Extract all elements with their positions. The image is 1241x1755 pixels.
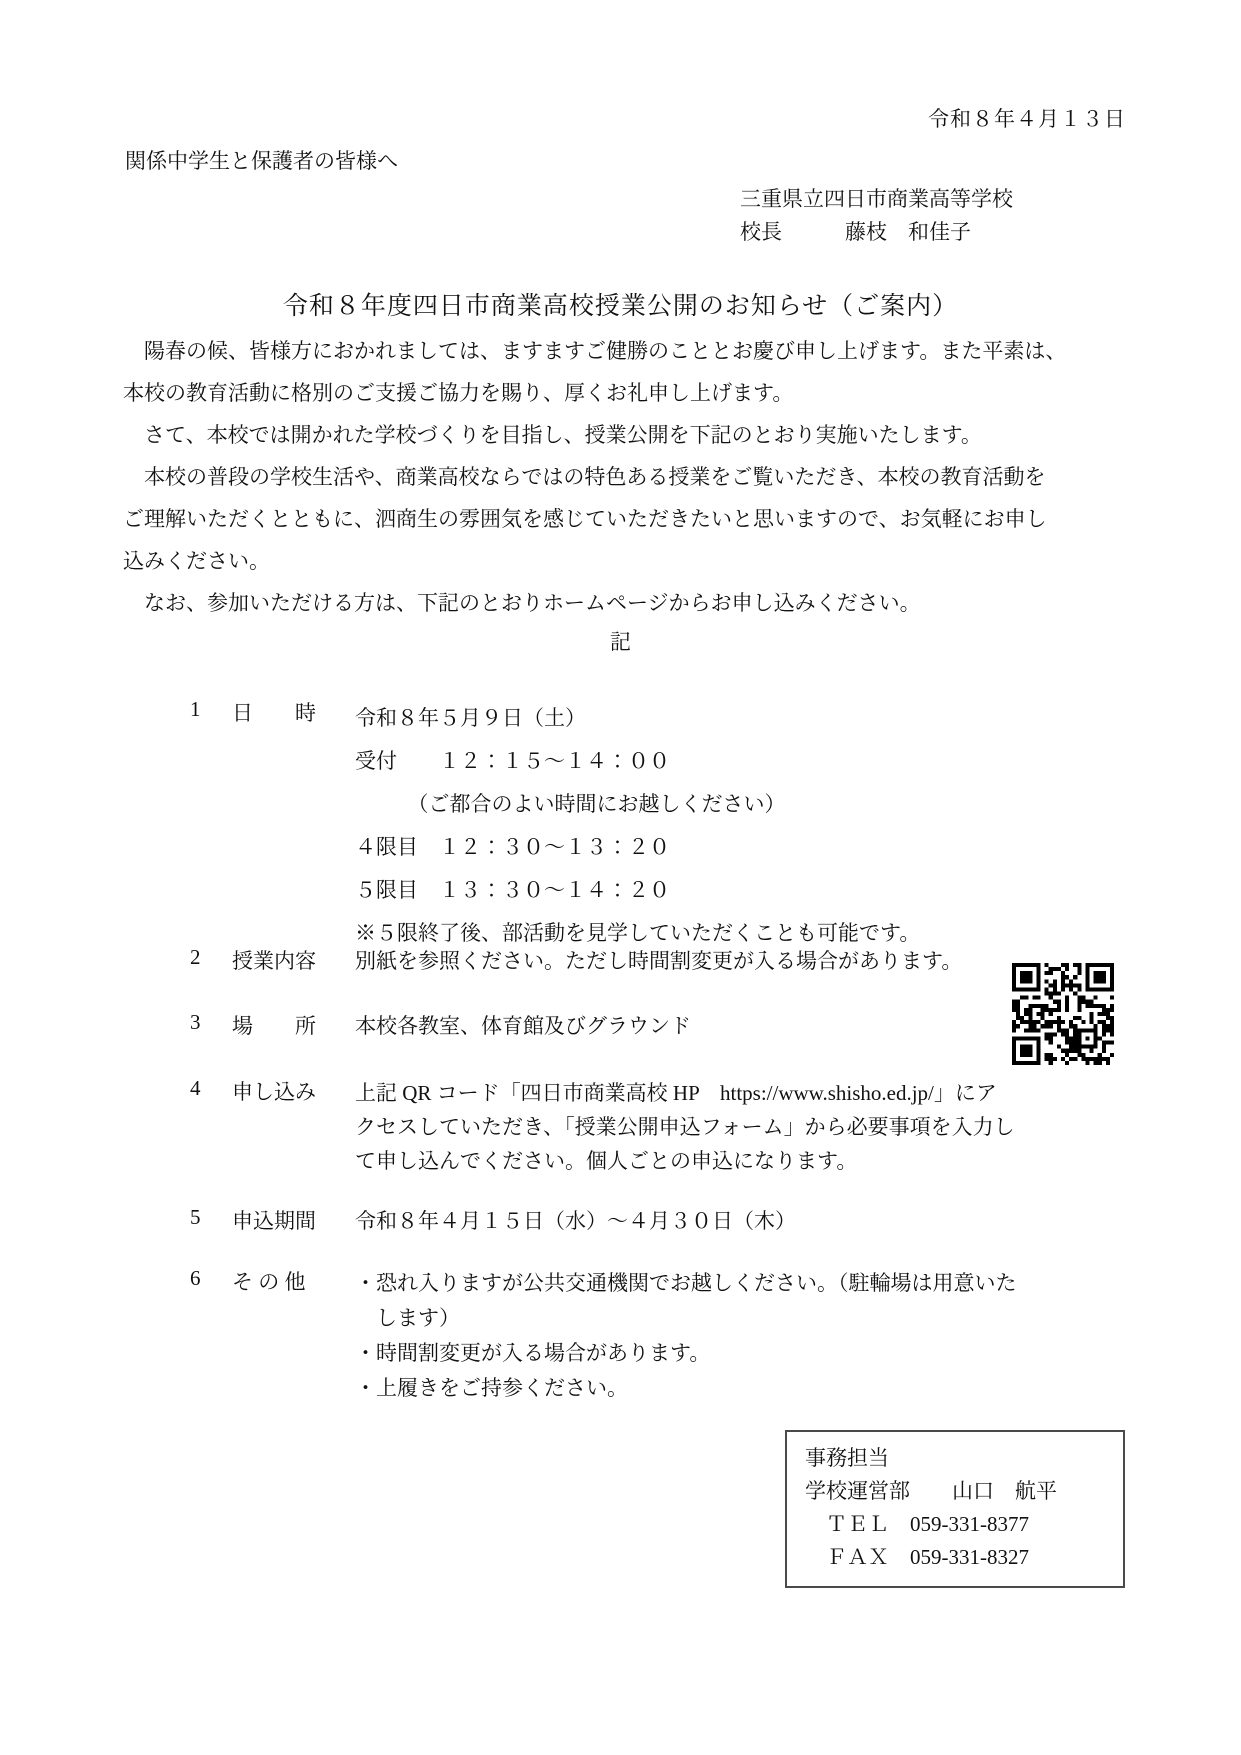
list-item-other: 6 そ の 他 ・恐れ入りますが公共交通機関でお越しください。（駐輪場は用意いた… — [190, 1266, 1145, 1406]
tel-number: 059-331-8377 — [910, 1512, 1029, 1536]
item-number: 6 — [190, 1266, 232, 1291]
fax-number: 059-331-8327 — [910, 1545, 1029, 1569]
body-line: ご理解いただくとともに、泗商生の雰囲気を感じていただきたいと思いますので、お気軽… — [123, 498, 1131, 540]
contact-tel: ＴＥＬ 059-331-8377 — [805, 1508, 1123, 1541]
content-line: ・時間割変更が入る場合があります。 — [355, 1336, 1145, 1371]
body-line: 込みください。 — [123, 540, 1131, 582]
fax-label: ＦＡＸ — [826, 1545, 889, 1569]
list-item-lesson-content: 2 授業内容 別紙を参照ください。ただし時間割変更が入る場合があります。 — [190, 945, 1145, 975]
contact-department: 学校運営部 山口 航平 — [805, 1475, 1123, 1508]
item-label: 申込期間 — [232, 1205, 355, 1235]
content-line: 上記 QR コード「四日市商業高校 HP https://www.shisho.… — [355, 1076, 1145, 1110]
document-page: 令和８年４月１３日 関係中学生と保護者の皆様へ 三重県立四日市商業高等学校 校長… — [0, 0, 1241, 1755]
body-line: 本校の教育活動に格別のご支援ご協力を賜り、厚くお礼申し上げます。 — [123, 372, 1131, 414]
content-line: ５限目 １３：３０～１４：２０ — [355, 869, 1145, 912]
item-number: 3 — [190, 1010, 232, 1035]
sender-school: 三重県立四日市商業高等学校 — [740, 183, 1013, 216]
content-line: ・上履きをご持参ください。 — [355, 1371, 1145, 1406]
item-number: 5 — [190, 1205, 232, 1230]
body-line: さて、本校では開かれた学校づくりを目指し、授業公開を下記のとおり実施いたします。 — [123, 414, 1131, 456]
sender-principal: 校長 藤枝 和佳子 — [740, 216, 1013, 249]
content-line: します） — [355, 1301, 1145, 1336]
item-label: 場 所 — [232, 1010, 355, 1040]
content-line: ・恐れ入りますが公共交通機関でお越しください。（駐輪場は用意いた — [355, 1266, 1145, 1301]
item-label: そ の 他 — [232, 1266, 355, 1296]
qr-code-svg — [1012, 963, 1114, 1065]
item-label: 授業内容 — [232, 945, 355, 975]
body-line: 本校の普段の学校生活や、商業高校ならではの特色ある授業をご覧いただき、本校の教育… — [123, 456, 1131, 498]
sender-block: 三重県立四日市商業高等学校 校長 藤枝 和佳子 — [740, 183, 1013, 249]
list-item-application: 4 申し込み 上記 QR コード「四日市商業高校 HP https://www.… — [190, 1076, 1145, 1178]
recipient-line: 関係中学生と保護者の皆様へ — [125, 145, 398, 175]
contact-box: 事務担当 学校運営部 山口 航平 ＴＥＬ 059-331-8377 ＦＡＸ 05… — [785, 1430, 1125, 1588]
contact-role: 事務担当 — [805, 1442, 1123, 1475]
body-line: 陽春の候、皆様方におかれましては、ますますご健勝のこととお慶び申し上げます。また… — [123, 330, 1131, 372]
content-line: （ご都合のよい時間にお越しください） — [355, 783, 1145, 826]
item-label: 申し込み — [232, 1076, 355, 1106]
item-content: ・恐れ入りますが公共交通機関でお越しください。（駐輪場は用意いた します） ・時… — [355, 1266, 1145, 1406]
item-number: 4 — [190, 1076, 232, 1101]
list-item-datetime: 1 日 時 令和８年５月９日（土） 受付 １２：１５～１４：００ （ご都合のよい… — [190, 697, 1145, 955]
page-title: 令和８年度四日市商業高校授業公開のお知らせ（ご案内） — [0, 286, 1241, 322]
content-line: 令和８年５月９日（土） — [355, 697, 1145, 740]
content-line: ４限目 １２：３０～１３：２０ — [355, 826, 1145, 869]
list-item-place: 3 場 所 本校各教室、体育館及びグラウンド — [190, 1010, 1145, 1040]
item-content: 令和８年５月９日（土） 受付 １２：１５～１４：００ （ご都合のよい時間にお越し… — [355, 697, 1145, 955]
content-line: て申し込んでください。個人ごとの申込になります。 — [355, 1144, 1145, 1178]
qr-code-icon — [1012, 963, 1114, 1065]
contact-fax: ＦＡＸ 059-331-8327 — [805, 1541, 1123, 1574]
item-number: 1 — [190, 697, 232, 722]
content-line: クセスしていただき、「授業公開申込フォーム」から必要事項を入力し — [355, 1110, 1145, 1144]
ki-marker: 記 — [0, 626, 1241, 656]
item-number: 2 — [190, 945, 232, 970]
content-line: 令和８年４月１５日（水）～４月３０日（木） — [355, 1205, 1145, 1235]
tel-label: ＴＥＬ — [826, 1512, 889, 1536]
body-paragraphs: 陽春の候、皆様方におかれましては、ますますご健勝のこととお慶び申し上げます。また… — [123, 330, 1131, 624]
item-content: 令和８年４月１５日（水）～４月３０日（木） — [355, 1205, 1145, 1235]
item-label: 日 時 — [232, 697, 355, 727]
content-line: 受付 １２：１５～１４：００ — [355, 740, 1145, 783]
document-date: 令和８年４月１３日 — [928, 103, 1126, 133]
item-content: 上記 QR コード「四日市商業高校 HP https://www.shisho.… — [355, 1076, 1145, 1178]
list-item-application-period: 5 申込期間 令和８年４月１５日（水）～４月３０日（木） — [190, 1205, 1145, 1235]
body-line: なお、参加いただける方は、下記のとおりホームページからお申し込みください。 — [123, 582, 1131, 624]
